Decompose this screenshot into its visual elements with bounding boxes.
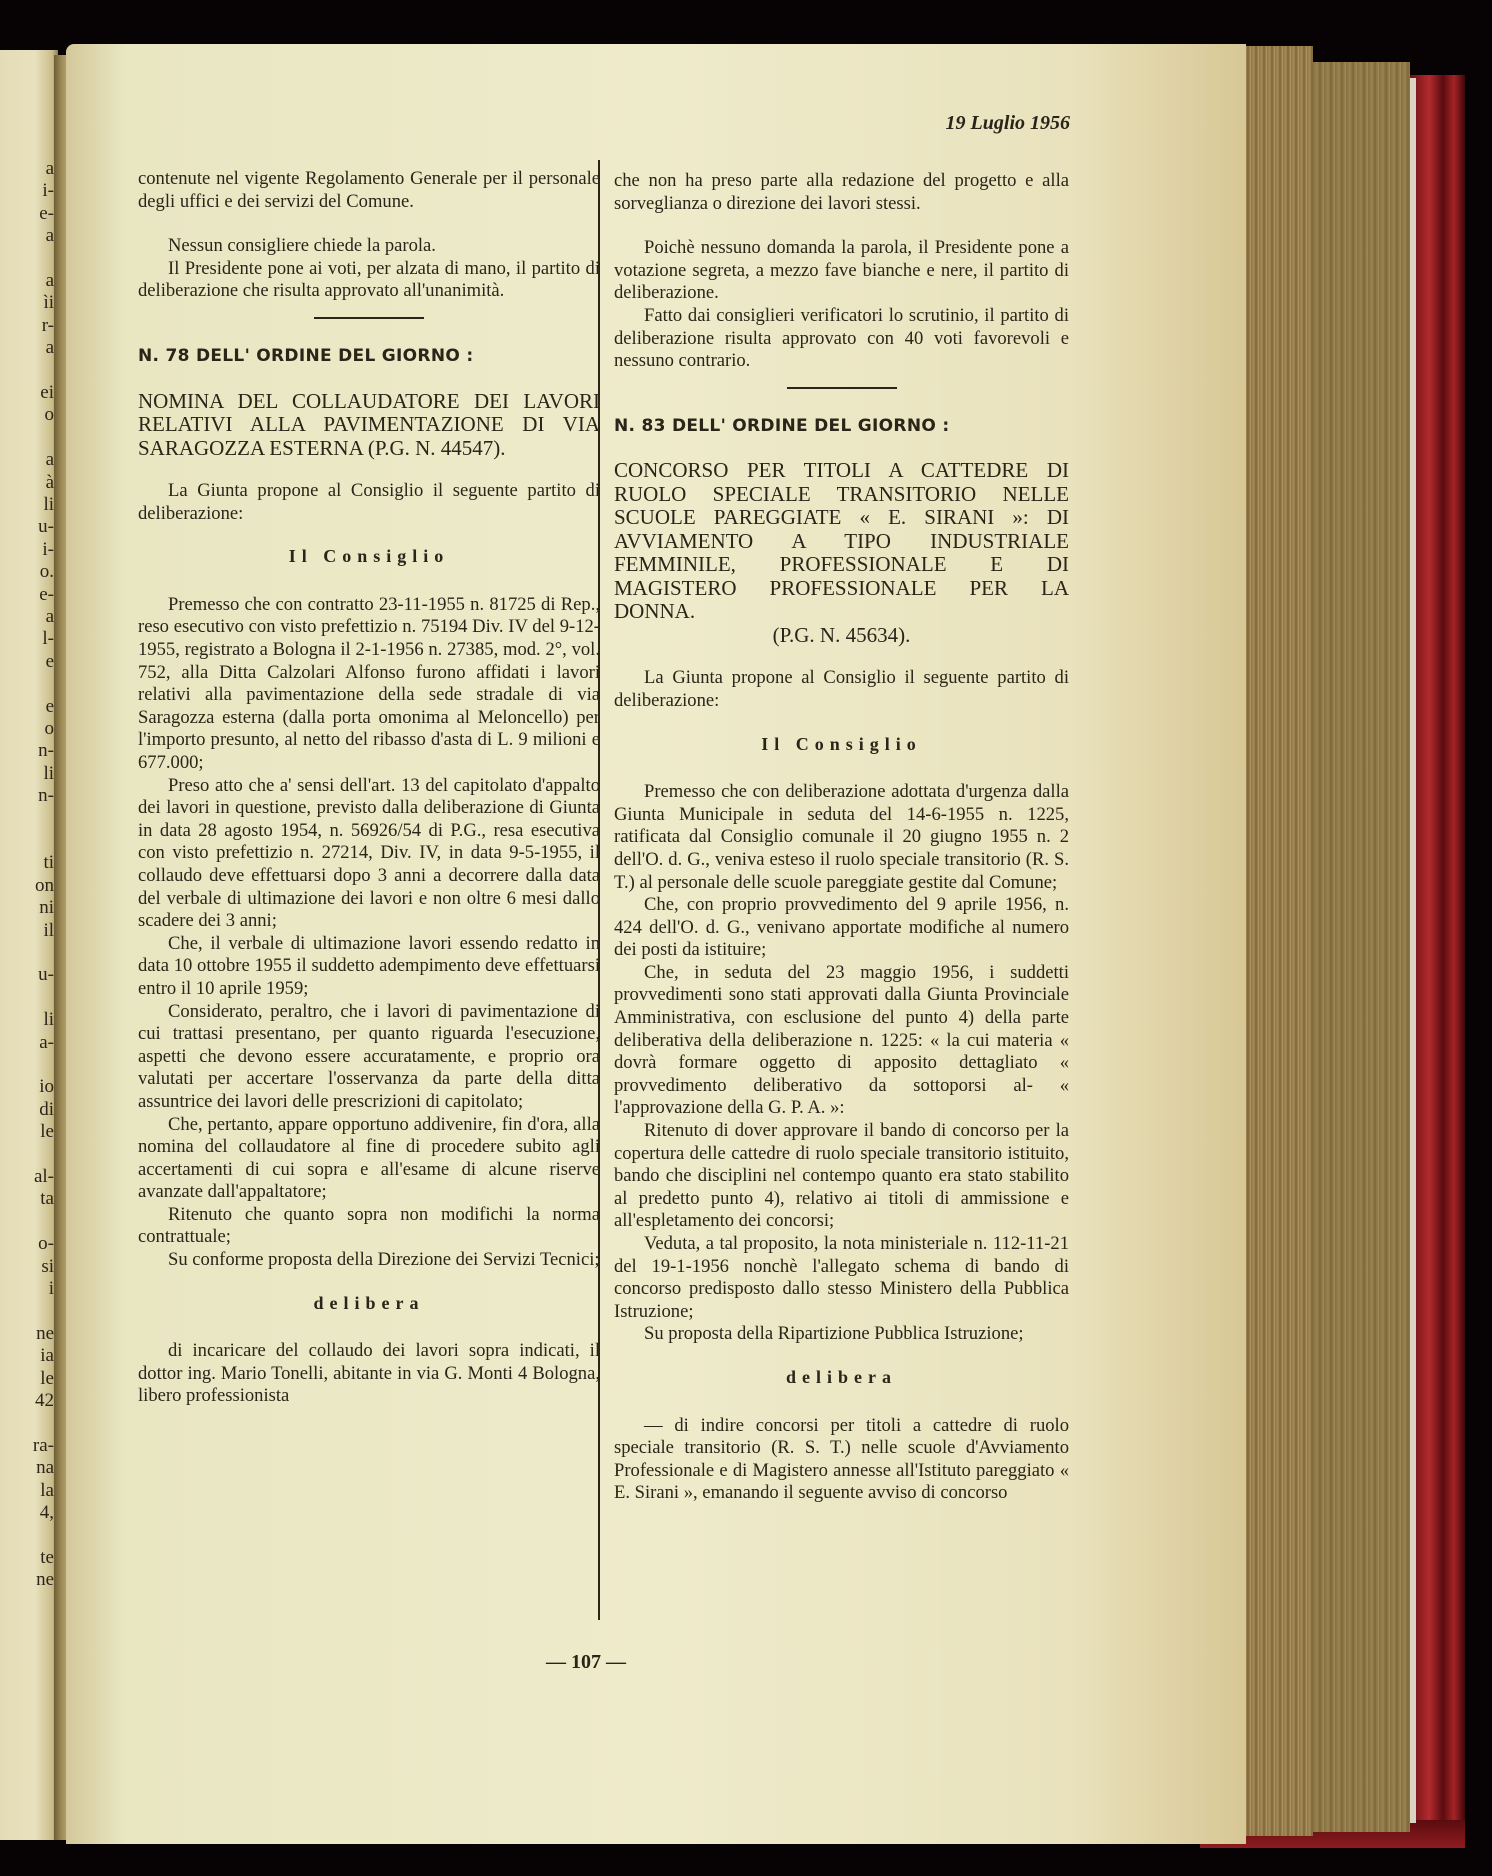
left-page-fragment: n- — [2, 785, 54, 807]
left-page-fragment: al- — [2, 1166, 54, 1188]
council-heading: Il Consiglio — [614, 733, 1069, 756]
continuation-paragraph: che non ha preso parte alla redazione de… — [614, 170, 1069, 215]
left-page-fragment: li — [2, 1009, 54, 1031]
recital-paragraph: Che, pertanto, appare opportuno addiveni… — [138, 1114, 600, 1204]
right-column: che non ha preso parte alla redazione de… — [614, 170, 1069, 1505]
page-block-edges — [1243, 46, 1313, 1836]
council-heading: Il Consiglio — [138, 545, 600, 568]
left-page-fragment: i- — [2, 180, 54, 202]
left-page-fragment: te — [2, 1547, 54, 1569]
left-page-fragment: le — [2, 1121, 54, 1143]
left-page-fragment: n- — [2, 740, 54, 762]
left-page-fragment: u- — [2, 516, 54, 538]
agenda-heading-78: N. 78 DELL' ORDINE DEL GIORNO : — [138, 345, 600, 368]
left-page-fragment: li — [2, 494, 54, 516]
recital-paragraph: Che, in seduta del 23 maggio 1956, i sud… — [614, 962, 1069, 1120]
left-page-fragment: a — [2, 225, 54, 247]
recital-paragraph: Che, il verbale di ultimazione lavori es… — [138, 933, 600, 1001]
left-page-fragment: ra- — [2, 1435, 54, 1457]
left-page-fragment: si — [2, 1256, 54, 1278]
section-rule — [314, 317, 424, 319]
left-column: contenute nel vigente Regolamento Genera… — [138, 168, 600, 1408]
recital-paragraph: Su conforme proposta della Direzione dei… — [138, 1249, 600, 1272]
book-cover-edge — [1410, 75, 1465, 1845]
left-page-fragment: o- — [2, 1233, 54, 1255]
delibera-text: — di indire concorsi per titoli a catted… — [614, 1415, 1069, 1505]
page-edge-highlight — [1410, 78, 1416, 1823]
recital-paragraph: Che, con proprio provvedimento del 9 apr… — [614, 894, 1069, 962]
left-page-fragment: i- — [2, 539, 54, 561]
no-discussion-paragraph: Nessun consigliere chiede la parola. — [138, 235, 600, 258]
page-number: — 107 — — [546, 1651, 626, 1674]
vote-paragraph: Il Presidente pone ai voti, per alzata d… — [138, 258, 600, 303]
left-page-fragment: ni — [2, 897, 54, 919]
recital-paragraph: Preso atto che a' sensi dell'art. 13 del… — [138, 775, 600, 933]
left-page-fragment: a — [2, 158, 54, 180]
left-page-fragment: on — [2, 875, 54, 897]
left-page-fragment: ìi — [2, 292, 54, 314]
left-page-fragment: u- — [2, 964, 54, 986]
recital-paragraph: Premesso che con deliberazione adottata … — [614, 781, 1069, 894]
delibera-text: di incaricare del collaudo dei lavori so… — [138, 1340, 600, 1408]
left-page-fragment: li — [2, 763, 54, 785]
delibera-heading: delibera — [614, 1366, 1069, 1389]
left-page-fragment: ne — [2, 1569, 54, 1591]
running-head-date: 19 Luglio 1956 — [900, 112, 1070, 135]
left-page-fragment: e- — [2, 203, 54, 225]
left-page-fragment: a — [2, 606, 54, 628]
scrutiny-paragraph: Fatto dai consiglieri verificatori lo sc… — [614, 305, 1069, 373]
left-page-fragment: e — [2, 651, 54, 673]
left-page-fragment: i — [2, 1278, 54, 1300]
agenda-heading-83: N. 83 DELL' ORDINE DEL GIORNO : — [614, 415, 1069, 438]
section-rule — [787, 387, 897, 389]
giunta-proposal: La Giunta propone al Consiglio il seguen… — [138, 480, 600, 525]
left-page-fragment: o — [2, 718, 54, 740]
left-page-fragment: a — [2, 449, 54, 471]
item-title-83: CONCORSO PER TITOLI A CATTEDRE DI RUOLO … — [614, 459, 1069, 624]
left-page-fragment: ei — [2, 382, 54, 404]
left-page-fragment: a- — [2, 1032, 54, 1054]
left-page-fragment: e- — [2, 584, 54, 606]
left-page-fragment: à — [2, 472, 54, 494]
recital-paragraph: Su proposta della Ripartizione Pubblica … — [614, 1323, 1069, 1346]
left-page-fragment: a — [2, 337, 54, 359]
left-page-fragment: la — [2, 1480, 54, 1502]
left-page-fragment: a — [2, 270, 54, 292]
left-page-fragment: r- — [2, 315, 54, 337]
left-page-fragment: l- — [2, 628, 54, 650]
secret-vote-paragraph: Poichè nessuno domanda la parola, il Pre… — [614, 237, 1069, 305]
recital-paragraph: Premesso che con contratto 23-11-1955 n.… — [138, 594, 600, 775]
recital-paragraph: Ritenuto che quanto sopra non modifichi … — [138, 1204, 600, 1249]
left-page-fragment: 4, — [2, 1502, 54, 1524]
left-page-fragment: il — [2, 920, 54, 942]
left-page-fragment: ne — [2, 1323, 54, 1345]
left-page-fragment: o — [2, 404, 54, 426]
left-page-fragment: ia — [2, 1345, 54, 1367]
delibera-heading: delibera — [138, 1292, 600, 1315]
left-page-fragment: di — [2, 1099, 54, 1121]
left-page-fragment: ti — [2, 852, 54, 874]
intro-paragraph: contenute nel vigente Regolamento Genera… — [138, 168, 600, 213]
recital-paragraph: Considerato, peraltro, che i lavori di p… — [138, 1001, 600, 1114]
recital-paragraph: Veduta, a tal proposito, la nota ministe… — [614, 1233, 1069, 1323]
left-page-fragment: 42 — [2, 1390, 54, 1412]
left-page-fragment: na — [2, 1457, 54, 1479]
recital-paragraph: Ritenuto di dover approvare il bando di … — [614, 1120, 1069, 1233]
left-page-fragment: e — [2, 696, 54, 718]
item-title-ref: (P.G. N. 45634). — [614, 624, 1069, 648]
giunta-proposal: La Giunta propone al Consiglio il seguen… — [614, 667, 1069, 712]
left-page-fragment: le — [2, 1368, 54, 1390]
left-page-fragment: ta — [2, 1188, 54, 1210]
page-block-edges-outer — [1313, 62, 1410, 1832]
item-title-78: NOMINA DEL COLLAUDATORE DEI LAVORI RELAT… — [138, 390, 600, 461]
left-page-fragment: io — [2, 1076, 54, 1098]
left-page-fragment: o. — [2, 561, 54, 583]
